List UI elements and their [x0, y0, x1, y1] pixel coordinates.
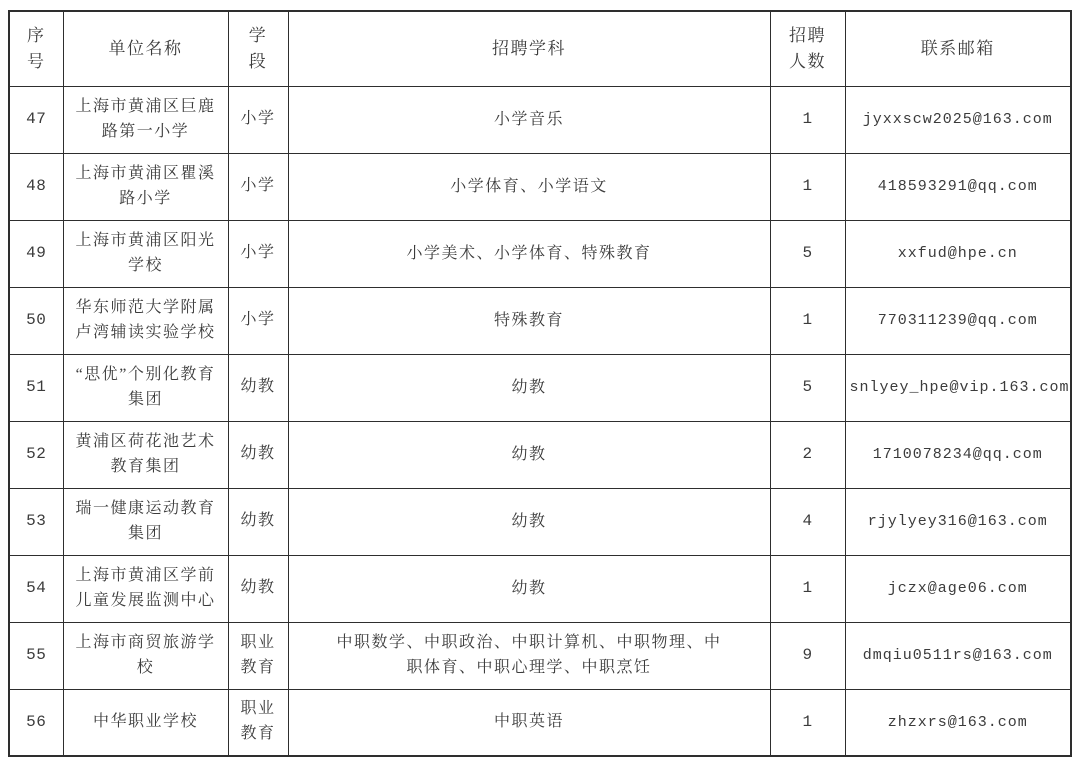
- subjects-cell: 特殊教育: [288, 287, 770, 354]
- subjects-cell: 幼教: [288, 354, 770, 421]
- subjects-text: 小学美术、小学体育、特殊教育: [406, 241, 651, 267]
- subjects-text: 小学音乐: [494, 107, 564, 133]
- stage-cell: 幼教: [228, 555, 288, 622]
- count-cell: 5: [770, 354, 845, 421]
- email-cell: dmqiu0511rs@163.com: [845, 622, 1071, 689]
- unit-name-cell: 上海市商贸旅游学校: [63, 622, 228, 689]
- table-row: 52黄浦区荷花池艺术教育集团幼教幼教21710078234@qq.com: [9, 421, 1071, 488]
- table-row: 49上海市黄浦区阳光学校小学小学美术、小学体育、特殊教育5xxfud@hpe.c…: [9, 220, 1071, 287]
- stage-cell: 小学: [228, 287, 288, 354]
- subjects-cell: 中职英语: [288, 689, 770, 756]
- table-row: 51“思优”个别化教育集团幼教幼教5snlyey_hpe@vip.163.com: [9, 354, 1071, 421]
- unit-name-cell: 上海市黄浦区阳光学校: [63, 220, 228, 287]
- index-cell: 50: [9, 287, 63, 354]
- subjects-text: 小学体育、小学语文: [450, 174, 608, 200]
- column-header-unit: 单位名称: [63, 11, 228, 86]
- unit-name-cell: 中华职业学校: [63, 689, 228, 756]
- index-cell: 56: [9, 689, 63, 756]
- index-cell: 48: [9, 153, 63, 220]
- index-cell: 54: [9, 555, 63, 622]
- stage-cell: 小学: [228, 220, 288, 287]
- stage-cell: 幼教: [228, 488, 288, 555]
- unit-name-cell: “思优”个别化教育集团: [63, 354, 228, 421]
- column-header-email: 联系邮箱: [845, 11, 1071, 86]
- subjects-cell: 小学美术、小学体育、特殊教育: [288, 220, 770, 287]
- unit-name-cell: 瑞一健康运动教育集团: [63, 488, 228, 555]
- table-row: 53瑞一健康运动教育集团幼教幼教4rjylyey316@163.com: [9, 488, 1071, 555]
- subjects-cell: 幼教: [288, 421, 770, 488]
- unit-name-cell: 华东师范大学附属卢湾辅读实验学校: [63, 287, 228, 354]
- table-row: 56中华职业学校职业教育中职英语1zhzxrs@163.com: [9, 689, 1071, 756]
- index-cell: 47: [9, 86, 63, 153]
- column-header-index: 序号: [9, 11, 63, 86]
- table-row: 54上海市黄浦区学前儿童发展监测中心幼教幼教1jczx@age06.com: [9, 555, 1071, 622]
- subjects-cell: 中职数学、中职政治、中职计算机、中职物理、中职体育、中职心理学、中职烹饪: [288, 622, 770, 689]
- table-row: 47上海市黄浦区巨鹿路第一小学小学小学音乐1jyxxscw2025@163.co…: [9, 86, 1071, 153]
- table-row: 48上海市黄浦区瞿溪路小学小学小学体育、小学语文1418593291@qq.co…: [9, 153, 1071, 220]
- index-cell: 55: [9, 622, 63, 689]
- email-cell: 770311239@qq.com: [845, 287, 1071, 354]
- subjects-text: 幼教: [511, 509, 546, 535]
- email-cell: zhzxrs@163.com: [845, 689, 1071, 756]
- subjects-text: 中职数学、中职政治、中职计算机、中职物理、中职体育、中职心理学、中职烹饪: [337, 630, 722, 681]
- email-cell: snlyey_hpe@vip.163.com: [845, 354, 1071, 421]
- unit-name-cell: 上海市黄浦区学前儿童发展监测中心: [63, 555, 228, 622]
- recruitment-table-page: 序号 单位名称 学段 招聘学科 招聘人数 联系邮箱 47上海市黄浦区巨鹿路第一小…: [0, 0, 1076, 760]
- subjects-text: 幼教: [511, 375, 546, 401]
- header-row: 序号 单位名称 学段 招聘学科 招聘人数 联系邮箱: [9, 11, 1071, 86]
- table-row: 55上海市商贸旅游学校职业教育中职数学、中职政治、中职计算机、中职物理、中职体育…: [9, 622, 1071, 689]
- table-body: 47上海市黄浦区巨鹿路第一小学小学小学音乐1jyxxscw2025@163.co…: [9, 86, 1071, 756]
- stage-cell: 小学: [228, 86, 288, 153]
- email-cell: 1710078234@qq.com: [845, 421, 1071, 488]
- count-cell: 1: [770, 86, 845, 153]
- count-cell: 1: [770, 555, 845, 622]
- email-cell: 418593291@qq.com: [845, 153, 1071, 220]
- subjects-text: 幼教: [511, 576, 546, 602]
- column-header-subjects: 招聘学科: [288, 11, 770, 86]
- count-cell: 1: [770, 287, 845, 354]
- subjects-cell: 小学体育、小学语文: [288, 153, 770, 220]
- stage-cell: 幼教: [228, 354, 288, 421]
- column-header-count: 招聘人数: [770, 11, 845, 86]
- unit-name-cell: 上海市黄浦区瞿溪路小学: [63, 153, 228, 220]
- count-cell: 1: [770, 153, 845, 220]
- subjects-text: 特殊教育: [494, 308, 564, 334]
- unit-name-cell: 黄浦区荷花池艺术教育集团: [63, 421, 228, 488]
- stage-cell: 职业教育: [228, 689, 288, 756]
- stage-cell: 幼教: [228, 421, 288, 488]
- email-cell: rjylyey316@163.com: [845, 488, 1071, 555]
- index-cell: 51: [9, 354, 63, 421]
- count-cell: 5: [770, 220, 845, 287]
- subjects-cell: 幼教: [288, 555, 770, 622]
- stage-cell: 小学: [228, 153, 288, 220]
- recruitment-table: 序号 单位名称 学段 招聘学科 招聘人数 联系邮箱 47上海市黄浦区巨鹿路第一小…: [8, 10, 1072, 757]
- table-row: 50华东师范大学附属卢湾辅读实验学校小学特殊教育1770311239@qq.co…: [9, 287, 1071, 354]
- subjects-cell: 小学音乐: [288, 86, 770, 153]
- index-cell: 49: [9, 220, 63, 287]
- count-cell: 4: [770, 488, 845, 555]
- subjects-cell: 幼教: [288, 488, 770, 555]
- count-cell: 2: [770, 421, 845, 488]
- email-cell: jczx@age06.com: [845, 555, 1071, 622]
- count-cell: 1: [770, 689, 845, 756]
- email-cell: jyxxscw2025@163.com: [845, 86, 1071, 153]
- email-cell: xxfud@hpe.cn: [845, 220, 1071, 287]
- unit-name-cell: 上海市黄浦区巨鹿路第一小学: [63, 86, 228, 153]
- index-cell: 53: [9, 488, 63, 555]
- count-cell: 9: [770, 622, 845, 689]
- column-header-stage: 学段: [228, 11, 288, 86]
- index-cell: 52: [9, 421, 63, 488]
- subjects-text: 中职英语: [494, 709, 564, 735]
- stage-cell: 职业教育: [228, 622, 288, 689]
- subjects-text: 幼教: [511, 442, 546, 468]
